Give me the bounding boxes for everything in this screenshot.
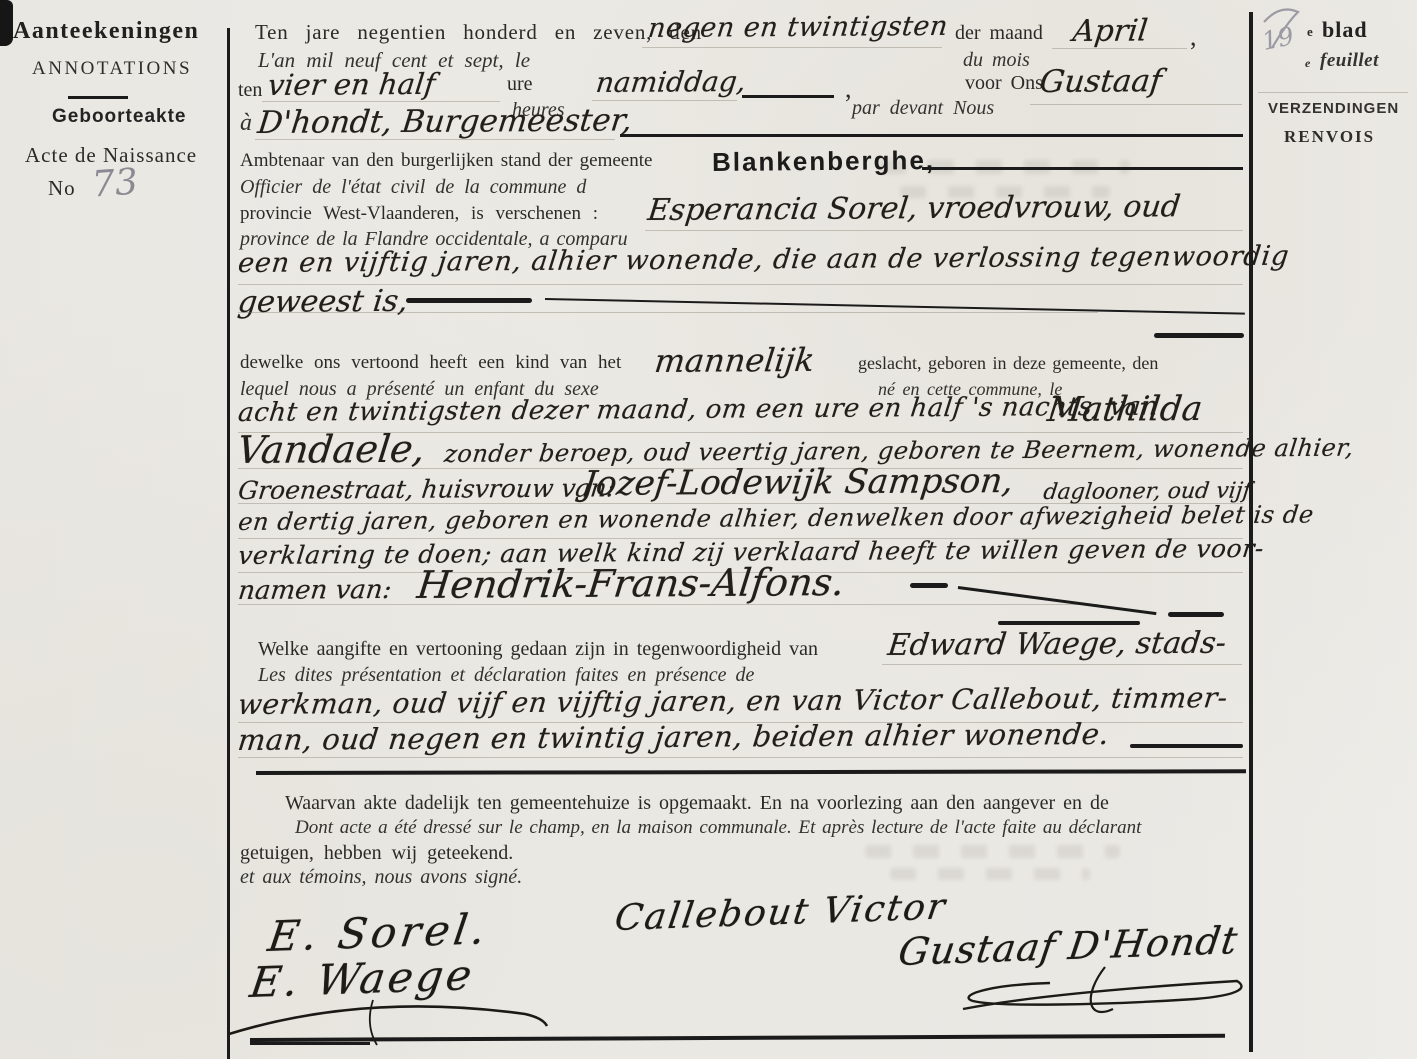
printed-official-nl: Ambtenaar van den burgerlijken stand der… [240,150,652,172]
fill-bar [1130,744,1243,748]
bottom-rule-overlap [250,1042,370,1045]
act-number-stamp: 73 [91,161,140,205]
section-divider [256,769,1246,775]
printed-closing-fr2: et aux témoins, nous avons signé. [240,866,522,889]
printed-du-mois: du mois [963,49,1030,72]
fill-line [742,95,834,98]
fill-guide [238,312,1098,313]
handwritten-officer-name: D'hondt, Burgemeester, [256,102,634,141]
left-column-rule [227,28,230,1059]
handwritten-birth3: Groenestraat, huisvrouw van: [237,473,617,505]
feuillet-ordinal: e [1305,56,1310,71]
scan-edge-blob [0,0,13,46]
printed-official-fr: Officier de l'état civil de la commune d [240,176,586,199]
handwritten-declarant3: geweest is, [236,284,410,320]
strike-bar [998,621,1140,625]
feuillet-label: feuillet [1320,50,1379,72]
handwritten-daypart: namiddag, [594,65,748,99]
officer-signature-flourish [955,965,1255,1025]
fill-guide [255,139,615,140]
signature-witness-callebout: Callebout Victor [612,886,949,938]
act-number-label: No [48,176,76,201]
renvois-label: RENVOIS [1284,127,1375,147]
margin-heading-nl: Aanteekeningen [13,18,199,45]
printed-witnesses-nl: Welke aangifte en vertooning gedaan zijn… [258,638,818,661]
handwritten-officer-first: Gustaaf [1038,63,1164,100]
printed-closing-fr1: Dont acte a été dressé sur le champ, en … [295,817,1141,839]
printed-closing-nl2: getuigen, hebben wij geteekend. [240,842,513,865]
fill-guide [645,230,1243,231]
doc-type-nl: Geboorteakte [52,106,186,128]
fill-guide [238,757,1243,758]
handwritten-month: April [1071,13,1150,49]
handwritten-declarant: Esperancia Sorel, vroedvrouw, oud [646,189,1182,228]
fill-line [922,167,1243,170]
fill-guide [592,100,737,101]
strike-bar [1168,612,1224,617]
fill-guide [1030,104,1242,105]
strike-dash [910,583,948,588]
strike-dash [406,298,532,303]
fill-guide [1052,48,1187,49]
printed-voor-ons: voor Ons [965,72,1043,95]
bleedthrough-smudge [865,845,1120,858]
bleedthrough-smudge [890,868,1090,880]
handwritten-declarant2: een en vijftig jaren, alhier wonende, di… [236,241,1291,279]
handwritten-day: negen en twintigsten [646,11,949,44]
printed-der-maand: der maand [955,22,1043,45]
printed-ure: ure [507,73,533,96]
strike-diagonal [958,586,1157,615]
handwritten-witness2: werkman, oud vijf en vijftig jaren, en v… [236,681,1229,721]
printed-year-nl: Ten jare negentien honderd en zeven, den [255,20,702,45]
printed-par-devant: par devant Nous [852,97,994,120]
strike-bar [1154,333,1244,338]
handwritten-birth4: en dertig jaren, geboren en wonende alhi… [237,500,1316,536]
handwritten-names-label: namen van: [237,575,394,606]
right-column-rule [1249,12,1253,1052]
margin-guide [1258,92,1408,93]
margin-heading-fr: ANNOTATIONS [32,58,192,80]
fill-guide [262,101,500,102]
fill-guide [642,47,942,48]
printed-sex-nl: geslacht, geboren in deze gemeente, den [858,353,1158,374]
printed-comma: , [845,74,852,104]
printed-closing-nl1: Waarvan akte dadelijk ten gemeentehuize … [285,792,1109,815]
handwritten-sex: mannelijk [653,341,817,380]
handwritten-witness3: man, oud negen en twintig jaren, beiden … [236,717,1111,757]
handwritten-father-name: Jozef-Lodewijk Sampson, [580,461,1015,504]
handwritten-hour: vier en half [266,67,437,102]
handwritten-child-names: Hendrik-Frans-Alfons. [415,560,847,607]
fill-guide [238,604,1098,605]
margin-divider [68,96,128,99]
printed-witnesses-fr: Les dites présentation et déclaration fa… [258,664,754,687]
handwritten-witness1: Edward Waege, stads- [886,626,1228,663]
verzendingen-label: VERZENDINGEN [1268,100,1399,117]
commune-stamp: Blankenberghe, [712,145,935,178]
handwritten-birth1: acht en twintigsten dezer maand, om een … [237,392,1160,428]
printed-comma: , [1190,22,1197,52]
birth-certificate-page: Aanteekeningen ANNOTATIONS Geboorteakte … [0,0,1417,1059]
blad-label: blad [1322,17,1368,43]
blad-ordinal: e [1307,24,1313,40]
fill-line [620,134,1243,137]
fill-guide [882,664,1242,665]
printed-ten: ten [238,79,262,102]
handwritten-mother-last: Vandaele, [235,427,428,472]
printed-child-nl: dewelke ons vertoond heeft een kind van … [240,352,621,374]
printed-province-nl: provincie West-Vlaanderen, is verschenen… [240,203,598,225]
handwritten-mother-first: Mathilda [1045,389,1204,430]
printed-a: à [240,110,252,137]
